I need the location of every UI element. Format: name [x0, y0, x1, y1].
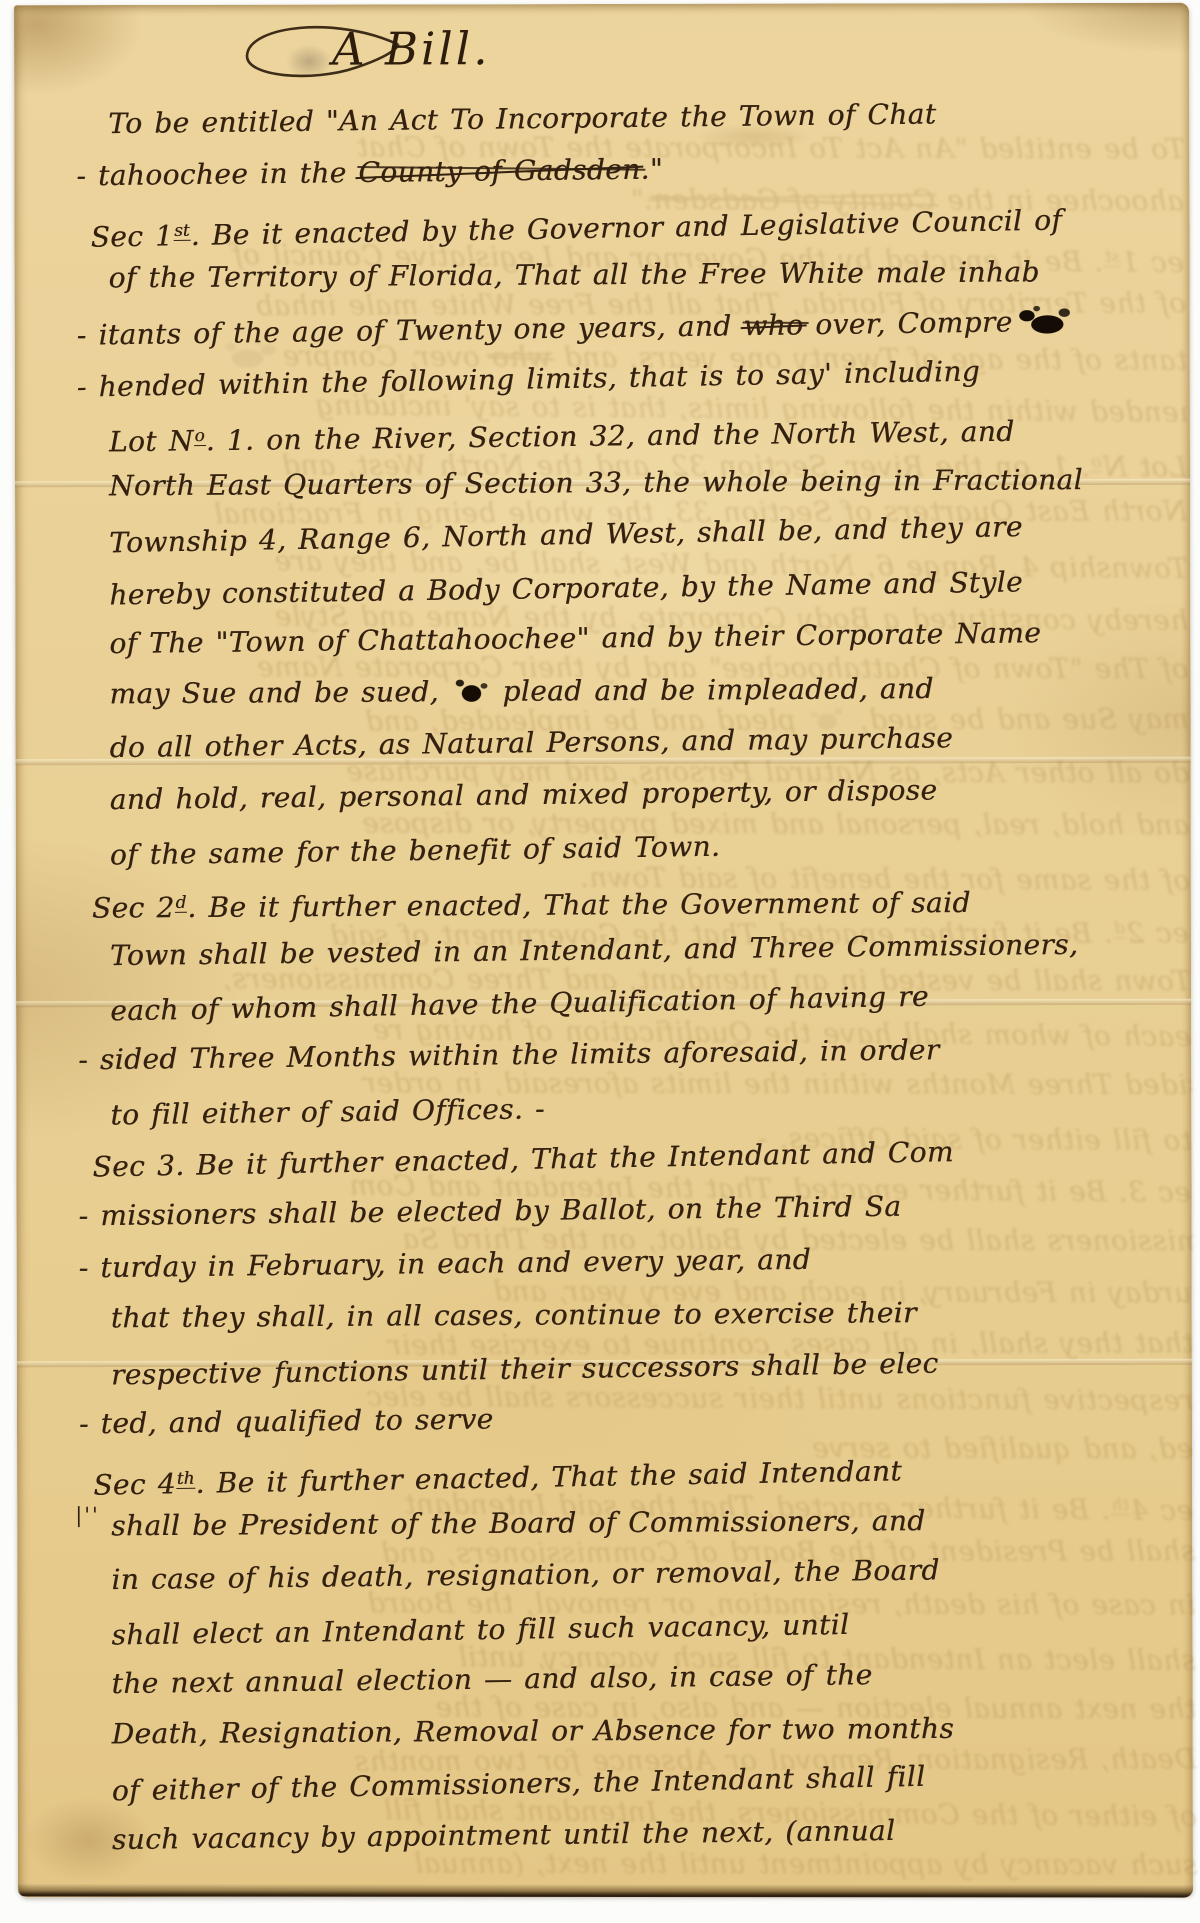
handwritten-text: - turday in February, in each and every … — [78, 1243, 811, 1285]
ink-blot — [1018, 306, 1070, 339]
manuscript-body: To be entitled "An Act To Incorporate th… — [14, 91, 1193, 1861]
struck-text: who — [743, 308, 804, 342]
handwritten-text: of the Territory of Florida, That all th… — [108, 255, 1039, 294]
handwritten-text: Sec 2 — [92, 891, 175, 925]
handwritten-text: . Be it further enacted, That the said I… — [195, 1454, 902, 1500]
handwritten-text: . Be it further enacted, That the Govern… — [187, 886, 971, 924]
handwritten-text: the next annual election — and also, in … — [111, 1658, 872, 1700]
handwritten-text: over, Compre — [803, 305, 1013, 341]
handwritten-text: that they shall, in all cases, continue … — [111, 1296, 917, 1334]
manuscript-line: that they shall, in all cases, continue … — [111, 1286, 1168, 1345]
handwritten-text: . 1. on the River, Section 32, and the N… — [206, 415, 1015, 457]
handwritten-text: shall be President of the Board of Commi… — [111, 1504, 926, 1542]
handwritten-text: Sec 1 — [90, 219, 173, 253]
scanned-document: To be entitled "An Act To Incorporate th… — [0, 0, 1200, 1923]
struck-text: County of Gadsden — [358, 153, 640, 189]
margin-mark: |'' — [75, 1503, 100, 1527]
handwritten-text: - sided Three Months within the limits a… — [78, 1033, 940, 1076]
handwritten-text: of The "Town of Chattahoochee" and by th… — [109, 616, 1041, 660]
handwritten-text: of either of the Commissioners, the Inte… — [112, 1760, 926, 1807]
handwritten-text: To be entitled "An Act To Incorporate th… — [108, 97, 936, 140]
handwritten-text: - ted, and qualified to serve — [79, 1402, 494, 1440]
manuscript-line: such vacancy by appointment until the ne… — [112, 1802, 1170, 1866]
handwritten-text: Township 4, Range 6, North and West, sha… — [109, 510, 1023, 559]
handwritten-text: respective functions until their success… — [111, 1347, 939, 1392]
document-title: A Bill. — [332, 21, 1189, 87]
handwritten-text: - hended within the following limits, th… — [77, 355, 981, 404]
handwritten-text: such vacancy by appointment until the ne… — [112, 1814, 896, 1856]
manuscript-line: of The "Town of Chattahoochee" and by th… — [109, 606, 1167, 670]
superscript-text: d — [174, 892, 187, 913]
handwritten-text: shall elect an Intendant to fill such va… — [111, 1608, 849, 1652]
handwritten-text: - missioners shall be elected by Ballot,… — [78, 1190, 901, 1233]
handwritten-text: Sec 4 — [93, 1467, 176, 1501]
manuscript-line: Lot No. 1. on the River, Section 32, and… — [109, 398, 1167, 462]
handwritten-text: Town shall be vested in an Intendant, an… — [110, 928, 1079, 972]
handwritten-text: North East Quarters of Section 33, the w… — [109, 463, 1083, 502]
handwritten-text: each of whom shall have the Qualificatio… — [110, 980, 929, 1028]
handwritten-text: - itants of the age of Twenty one years,… — [77, 309, 744, 352]
superscript-text: th — [176, 1468, 196, 1489]
handwritten-text: . Be it enacted by the Governor and Legi… — [190, 203, 1062, 252]
superscript-text: st — [173, 220, 191, 241]
handwritten-text: plead and be impleaded, and — [491, 672, 934, 708]
manuscript-line: the next annual election — and also, in … — [111, 1646, 1169, 1710]
handwritten-text: - tahoochee in the — [76, 156, 358, 192]
handwritten-text: hereby constituted a Body Corporate, by … — [109, 565, 1023, 611]
handwritten-text: and hold, real, personal and mixed prope… — [110, 773, 938, 816]
paper-bottom-edge — [18, 1883, 1193, 1897]
handwritten-text: to fill either of said Offices. - — [110, 1092, 545, 1131]
handwritten-text: in case of his death, resignation, or re… — [111, 1553, 940, 1596]
handwritten-text: Lot N — [109, 424, 194, 458]
handwritten-text: may Sue and be sued, — [109, 675, 450, 710]
handwritten-text: do all other Acts, as Natural Persons, a… — [109, 721, 953, 764]
handwritten-text: Sec 3. Be it further enacted, That the I… — [92, 1135, 954, 1183]
superscript-text: o — [193, 425, 205, 446]
document-title-text: A Bill. — [332, 22, 490, 75]
handwritten-text: Death, Resignation, Removal or Absence f… — [112, 1712, 955, 1750]
handwritten-text: of the same for the benefit of said Town… — [110, 830, 721, 872]
ink-blot — [454, 677, 490, 707]
manuscript-paper: To be entitled "An Act To Incorporate th… — [14, 3, 1193, 1897]
